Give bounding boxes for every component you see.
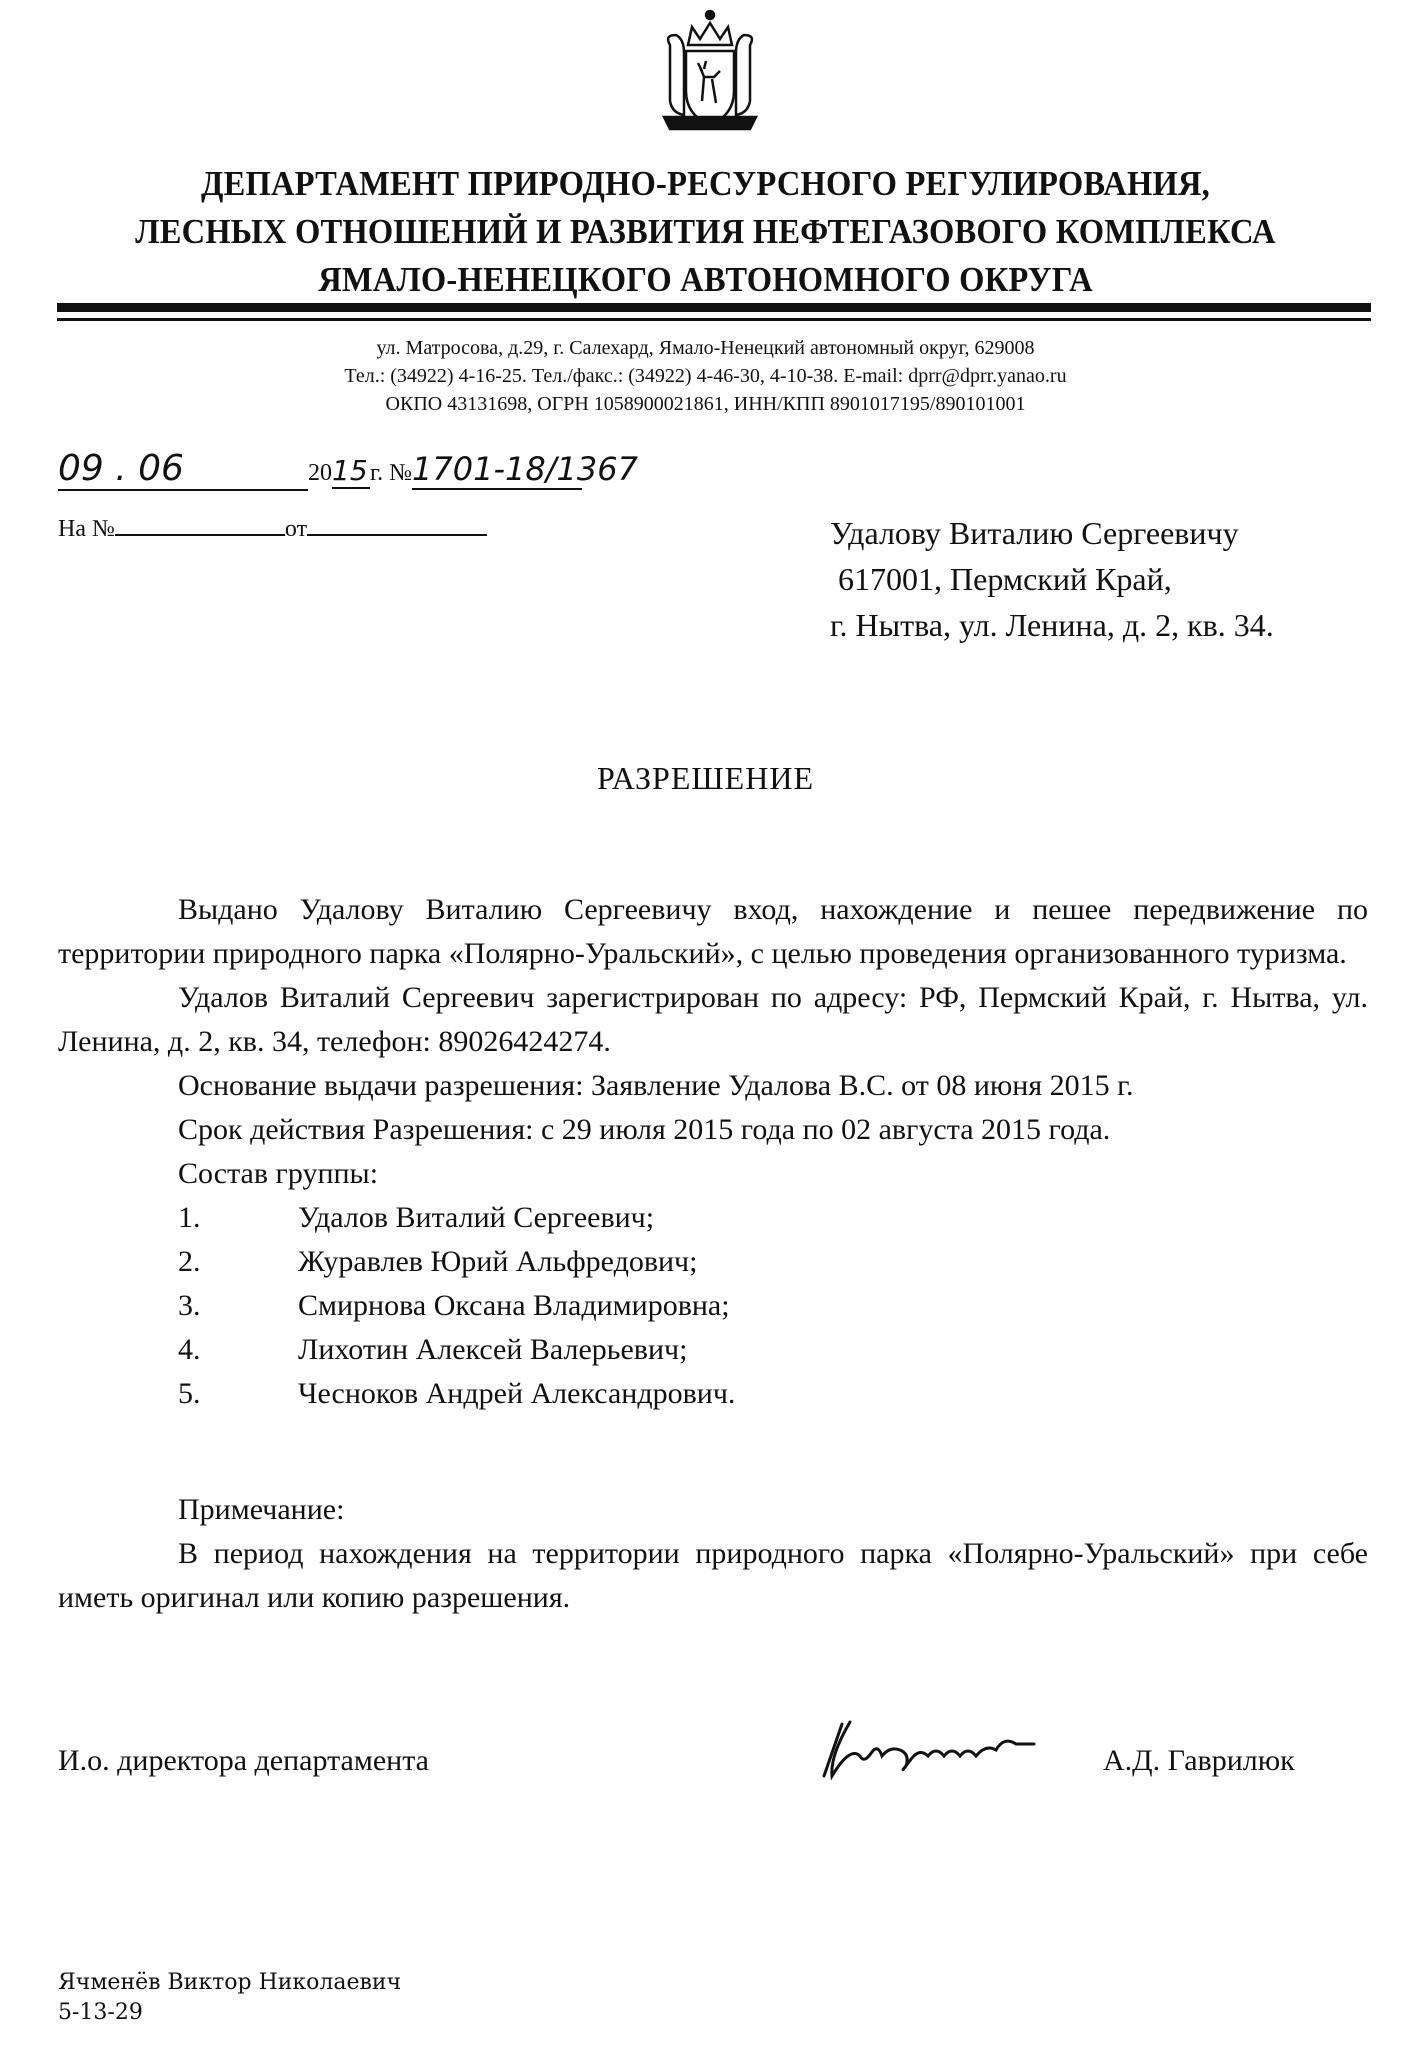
list-item: 5.Чесноков Андрей Александрович. — [58, 1372, 1368, 1416]
list-item: 2.Журавлев Юрий Альфредович; — [58, 1240, 1368, 1284]
registry-codes-line: ОКПО 43131698, ОГРН 1058900021861, ИНН/К… — [0, 390, 1411, 418]
reference-line: На №от — [58, 512, 487, 543]
document-body: Выдано Удалову Виталию Сергеевичу вход, … — [58, 888, 1368, 1416]
ref-number-label: На № — [58, 516, 115, 542]
issued-paragraph: Выдано Удалову Виталию Сергеевичу вход, … — [58, 888, 1368, 976]
list-item: 3.Смирнова Оксана Владимировна; — [58, 1284, 1368, 1328]
validity-paragraph: Срок действия Разрешения: с 29 июля 2015… — [58, 1108, 1368, 1152]
note-text: В период нахождения на территории природ… — [58, 1532, 1368, 1620]
header-rule-thick — [57, 303, 1371, 312]
department-name: ДЕПАРТАМЕНТ ПРИРОДНО-РЕСУРСНОГО РЕГУЛИРО… — [49, 160, 1361, 304]
number-field: 1701-18/1367 — [412, 450, 582, 490]
recipient-address: г. Нытва, ул. Ленина, д. 2, кв. 34. — [830, 602, 1274, 648]
coat-of-arms-emblem — [650, 5, 770, 135]
department-line-3: ЯМАЛО-НЕНЕЦКОГО АВТОНОМНОГО ОКРУГА — [49, 256, 1361, 304]
ref-number-field — [115, 512, 285, 536]
contact-block: ул. Матросова, д.29, г. Салехард, Ямало-… — [0, 334, 1411, 418]
department-line-2: ЛЕСНЫХ ОТНОШЕНИЙ И РАЗВИТИЯ НЕФТЕГАЗОВОГ… — [49, 208, 1361, 256]
date-handwritten: 09 . 06 — [58, 448, 184, 489]
list-item: 1.Удалов Виталий Сергеевич; — [58, 1196, 1368, 1240]
list-item: 4.Лихотин Алексей Валерьевич; — [58, 1328, 1368, 1372]
executor-block: Ячменёв Виктор Николаевич 5-13-29 — [58, 1968, 401, 2028]
executor-name: Ячменёв Виктор Николаевич — [58, 1968, 401, 1998]
ref-from-label: от — [285, 516, 307, 542]
recipient-name: Удалову Виталию Сергеевичу — [830, 510, 1274, 556]
recipient-block: Удалову Виталию Сергеевичу 617001, Пермс… — [830, 510, 1274, 648]
number-handwritten: 1701-18/1367 — [412, 450, 638, 488]
note-label: Примечание: — [58, 1488, 1368, 1532]
year-handwritten: 15 — [332, 454, 368, 487]
year-suffix: г. — [370, 460, 383, 486]
executor-phone: 5-13-29 — [58, 1998, 401, 2028]
signature-icon — [820, 1716, 1080, 1786]
number-label: № — [389, 460, 412, 486]
group-list: 1.Удалов Виталий Сергеевич; 2.Журавлев Ю… — [58, 1196, 1368, 1416]
document-title: РАЗРЕШЕНИЕ — [0, 760, 1411, 797]
signatory-role: И.о. директора департамента — [58, 1744, 429, 1778]
phone-email-line: Тел.: (34922) 4-16-25. Тел./факс.: (3492… — [0, 362, 1411, 390]
date-field: 09 . 06 — [58, 448, 308, 491]
ref-date-field — [307, 512, 487, 536]
year-prefix: 20 — [308, 460, 332, 486]
group-heading: Состав группы: — [58, 1152, 1368, 1196]
header-rule-thin — [57, 318, 1371, 321]
emblem-icon — [650, 5, 770, 135]
recipient-postal: 617001, Пермский Край, — [830, 556, 1274, 602]
note-block: Примечание: В период нахождения на терри… — [58, 1488, 1368, 1620]
registration-paragraph: Удалов Виталий Сергеевич зарегистрирован… — [58, 976, 1368, 1064]
department-line-1: ДЕПАРТАМЕНТ ПРИРОДНО-РЕСУРСНОГО РЕГУЛИРО… — [49, 160, 1361, 208]
address-line: ул. Матросова, д.29, г. Салехард, Ямало-… — [0, 334, 1411, 362]
registration-line: 09 . 06 2015г. №1701-18/1367 — [58, 448, 582, 491]
basis-paragraph: Основание выдачи разрешения: Заявление У… — [58, 1064, 1368, 1108]
year-field: 15 — [332, 454, 370, 489]
handwritten-signature — [820, 1716, 1080, 1786]
signatory-name: А.Д. Гаврилюк — [1103, 1744, 1295, 1778]
